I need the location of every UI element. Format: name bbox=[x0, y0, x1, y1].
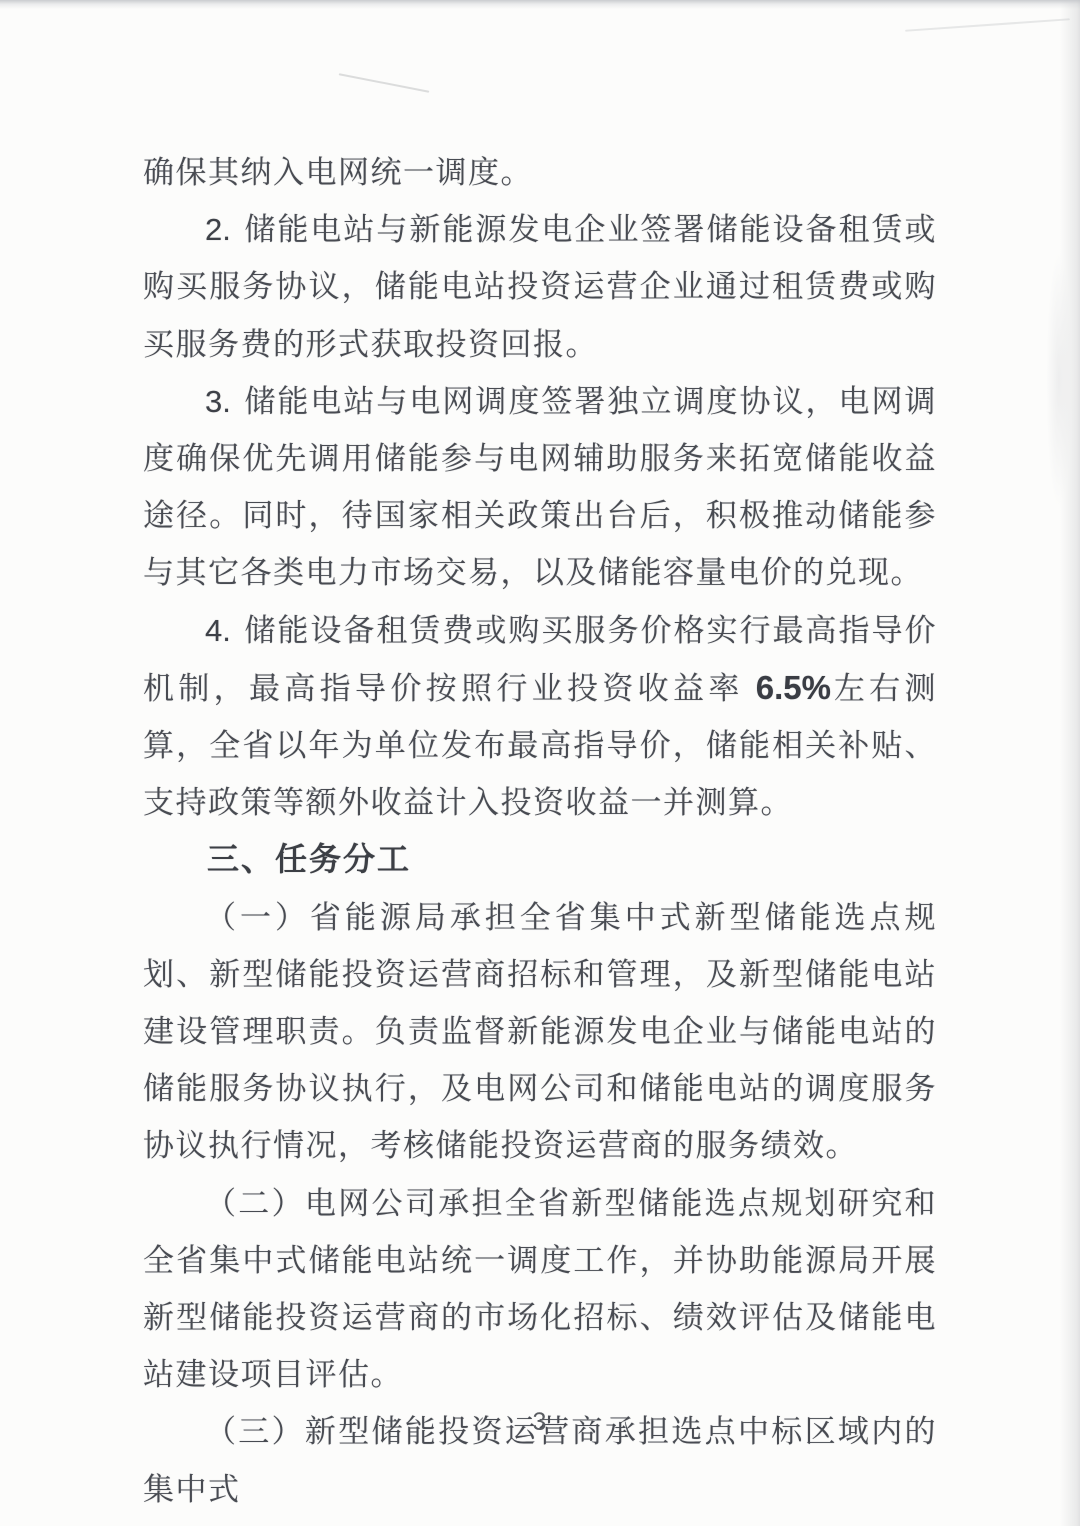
paragraph-sub-2: （二）电网公司承担全省新型储能选点规划研究和全省集中式储能电站统一调度工作，并协… bbox=[143, 1175, 937, 1404]
paragraph-text: （二）电网公司承担全省新型储能选点规划研究和全省集中式储能电站统一调度工作，并协… bbox=[143, 1186, 937, 1393]
document-page: 确保其纳入电网统一调度。 2.储能电站与新能源发电企业签署储能设备租赁或购买服务… bbox=[0, 0, 1080, 1526]
paragraph-text: 储能电站与新能源发电企业签署储能设备租赁或购买服务协议，储能电站投资运营企业通过… bbox=[143, 212, 937, 361]
document-body: 确保其纳入电网统一调度。 2.储能电站与新能源发电企业签署储能设备租赁或购买服务… bbox=[143, 144, 937, 1518]
paragraph-text: 确保其纳入电网统一调度。 bbox=[143, 155, 533, 190]
scan-right-edge-artifact bbox=[1060, 0, 1080, 1526]
scan-top-edge-artifact bbox=[0, 0, 1080, 9]
scan-shadow-artifact bbox=[1046, 250, 1072, 510]
paragraph-item-3: 3.储能电站与电网调度签署独立调度协议，电网调度确保优先调用储能参与电网辅助服务… bbox=[143, 373, 937, 602]
paragraph-continuation: 确保其纳入电网统一调度。 bbox=[143, 144, 937, 201]
list-number: 4. bbox=[205, 613, 231, 648]
rate-value: 6.5% bbox=[756, 669, 831, 706]
scan-crease-artifact bbox=[905, 18, 1070, 32]
list-number: 3. bbox=[205, 384, 231, 419]
section-heading: 三、任务分工 bbox=[143, 831, 937, 888]
list-number: 2. bbox=[205, 212, 231, 247]
paragraph-text: 储能电站与电网调度签署独立调度协议，电网调度确保优先调用储能参与电网辅助服务来拓… bbox=[143, 384, 937, 591]
page-number: 3 bbox=[0, 1408, 1080, 1437]
section-heading-text: 三、任务分工 bbox=[207, 841, 411, 877]
paragraph-item-2: 2.储能电站与新能源发电企业签署储能设备租赁或购买服务协议，储能电站投资运营企业… bbox=[143, 201, 937, 373]
paragraph-sub-1: （一）省能源局承担全省集中式新型储能选点规划、新型储能投资运营商招标和管理，及新… bbox=[143, 889, 937, 1175]
paragraph-item-4: 4.储能设备租赁费或购买服务价格实行最高指导价机制，最高指导价按照行业投资收益率… bbox=[143, 602, 937, 832]
scan-crease-artifact bbox=[339, 73, 430, 93]
paragraph-text: （一）省能源局承担全省集中式新型储能选点规划、新型储能投资运营商招标和管理，及新… bbox=[143, 900, 937, 1164]
